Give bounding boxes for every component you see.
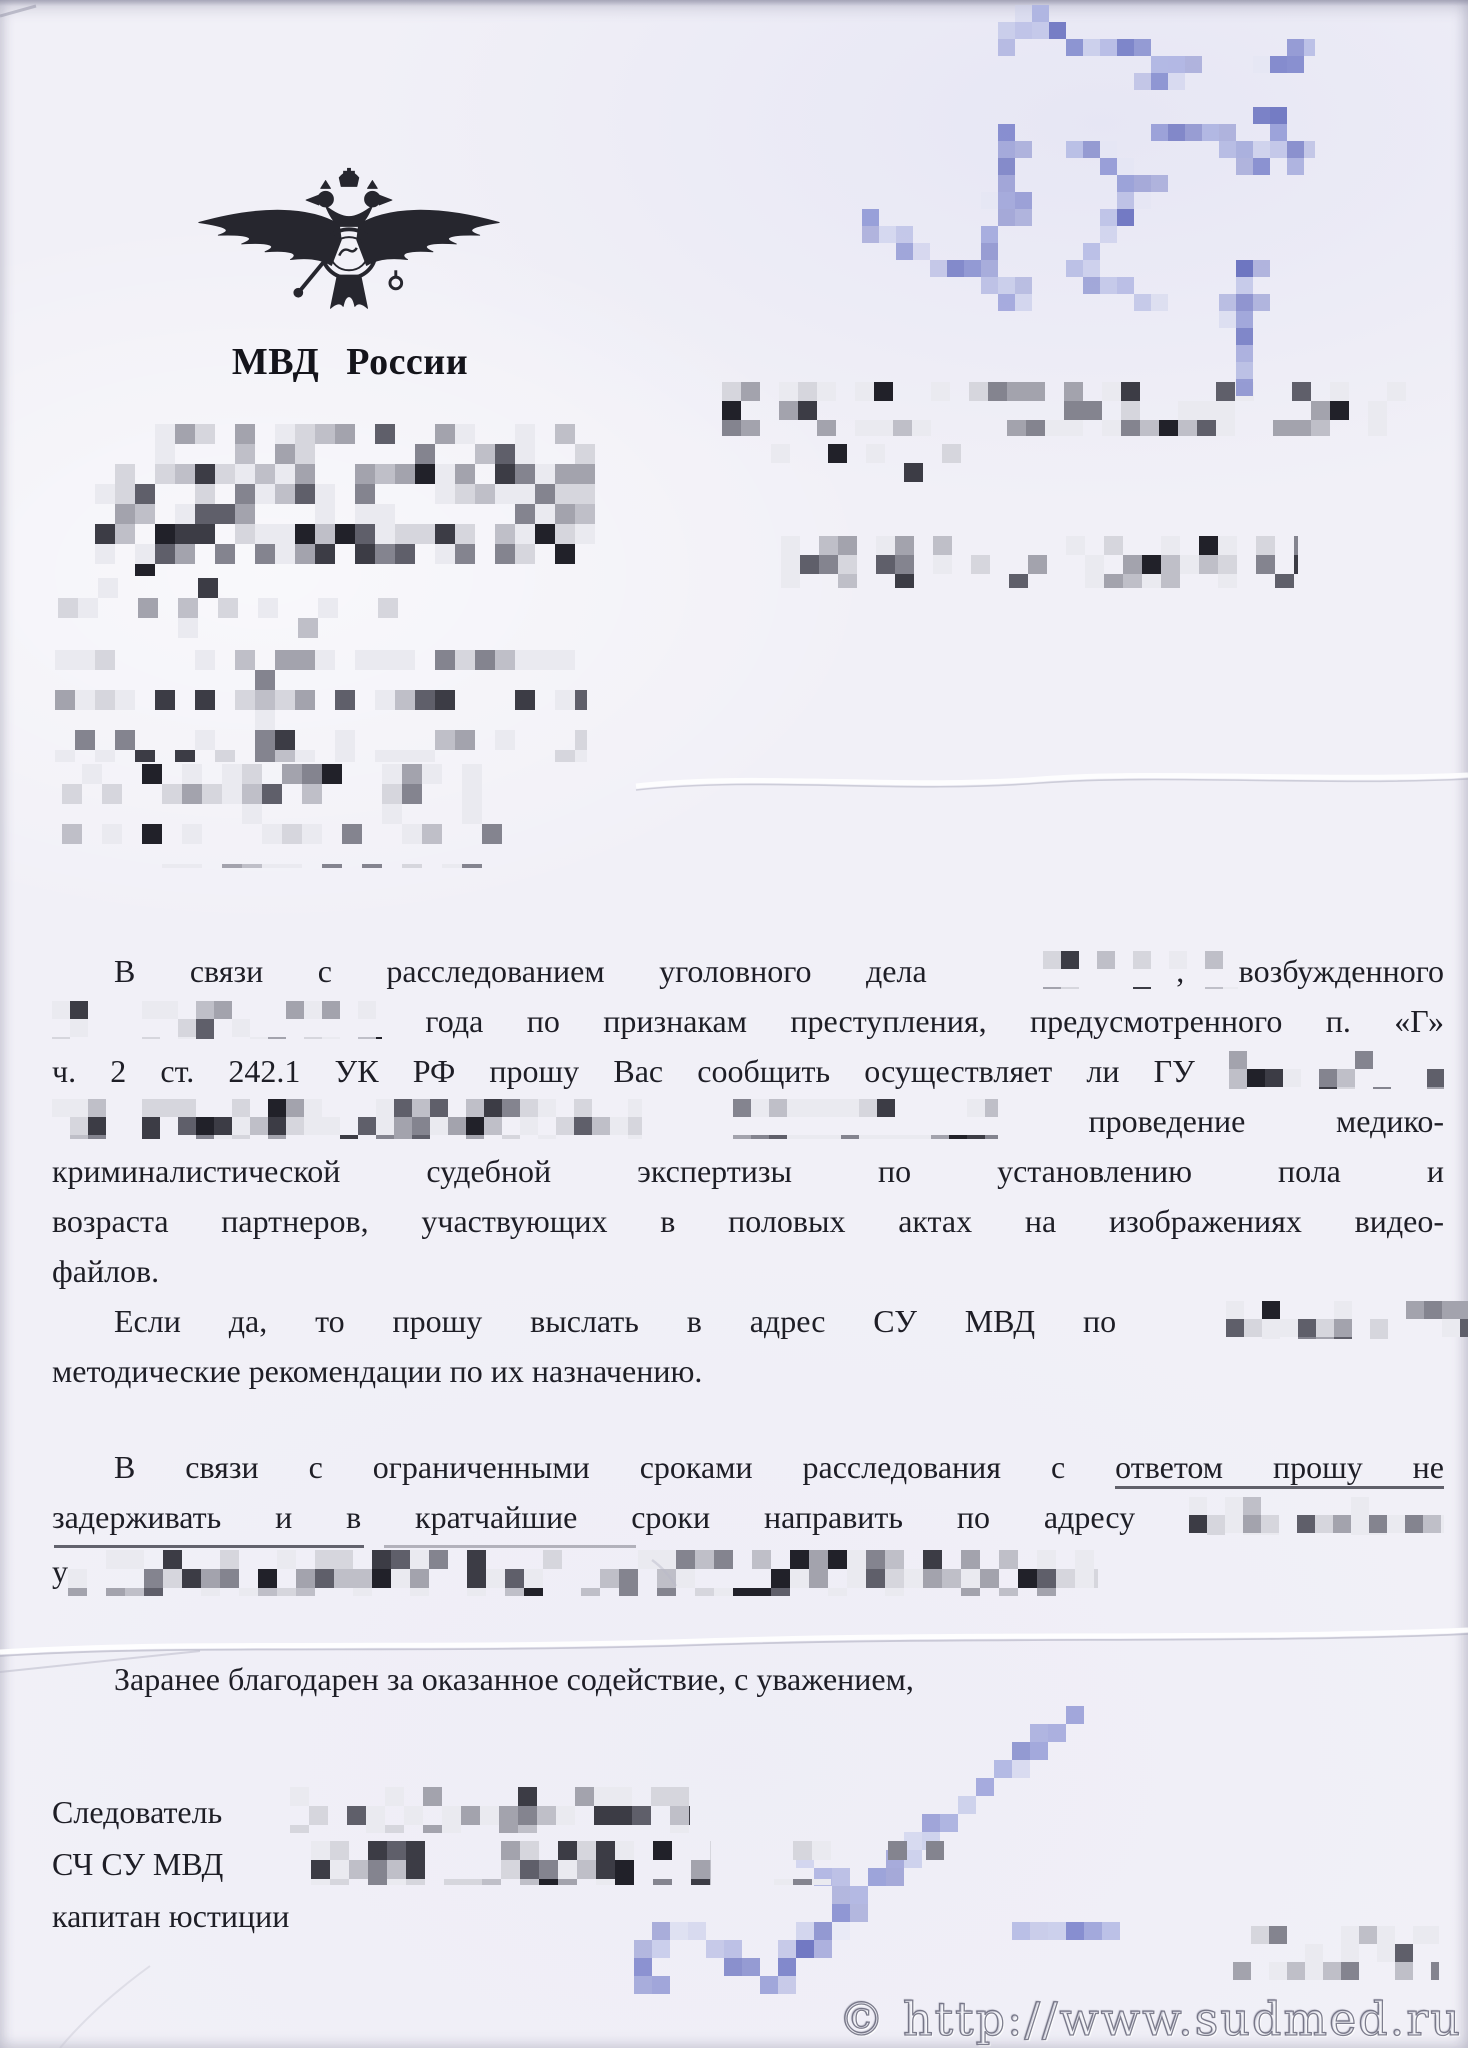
body-line: файлов. [52,1246,1444,1296]
body-text-segment: медико- [1336,1103,1444,1139]
redacted-unit-name [290,1787,690,1833]
body-line: В связи с расследованием уголовного дела… [52,946,1444,996]
body-text-segment: проведение [1089,1103,1246,1139]
body-text-segment: Если да, то прошу выслать в адрес СУ МВД… [114,1303,1116,1339]
signature-line: капитан юстиции [52,1890,944,1942]
body-text-segment: ч. 2 ст. 242.1 УК РФ прошу Вас сообщить … [52,1053,1195,1089]
signer-unit: СЧ СУ МВД [52,1846,223,1882]
redacted-letterhead-address-block [95,424,595,576]
body-text-segment: задерживать и в кратчайшие сроки направи… [52,1499,1135,1535]
redacted-address-line [68,1550,1098,1596]
body-text-segment: возраста партнеров, участвующих в половы… [52,1203,1444,1239]
body-line: ч. 2 ст. 242.1 УК РФ прошу Вас сообщить … [52,1046,1444,1096]
body-text-segment: , возбужденного [1176,953,1444,989]
letterhead-org-name: МВД России [148,340,552,384]
double-headed-eagle-emblem [193,163,505,321]
redacted-recipient-block [62,764,527,868]
redacted-region-name [1164,1301,1444,1339]
letter-body: В связи с расследованием уголовного дела… [52,946,1444,1704]
redacted-signer-name [774,1841,944,1885]
redacted-stamp-mark [1233,1926,1439,1982]
signature-line: СЧ СУ МВД [52,1838,944,1890]
body-line: у [52,1542,1444,1600]
body-line: года по признакам преступления, предусмо… [52,996,1444,1046]
body-line: методические рекомендации по их назначен… [52,1346,1444,1396]
body-text-segment: криминалистической судебной экспертизы п… [52,1153,1444,1189]
redacted-case-date [52,1001,382,1039]
scanned-letter-page: МВД России В связи с расследованием угол… [0,0,1468,2048]
redacted-institution-name [733,1099,998,1139]
body-text-segment: методические рекомендации по их назначен… [52,1353,702,1389]
body-text-segment: В связи с ограниченными сроками расследо… [114,1449,1065,1485]
watermark-url: © http://www.sudmed.ru [838,1992,1462,2046]
redacted-unit-name [311,1841,711,1885]
redacted-recipient-block [55,650,587,762]
body-line: возраста партнеров, участвующих в половы… [52,1196,1444,1246]
redacted-date-line [733,444,975,482]
body-line: Заранее благодарен за оказанное содейств… [52,1654,1444,1704]
redacted-letterhead-address-block [58,578,423,638]
body-line: Если да, то прошу выслать в адрес СУ МВД… [52,1296,1444,1346]
pen-underline-mark [384,1545,636,1548]
signer-rank: капитан юстиции [52,1898,289,1934]
body-line: проведение медико- [52,1096,1444,1146]
redacted-address-start [1189,1497,1444,1535]
body-text-segment: В связи с расследованием уголовного дела [114,953,927,989]
pen-underlined-text: ответом прошу не [1115,1449,1444,1489]
body-text-segment: файлов. [52,1253,159,1289]
body-line: задерживать и в кратчайшие сроки направи… [52,1492,1444,1542]
redacted-institution-name [52,1099,642,1139]
body-line: В связи с ограниченными сроками расследо… [52,1442,1444,1492]
body-text-segment: у [52,1553,68,1589]
pen-underline-mark [54,1545,364,1548]
redacted-handwritten-resolution [845,5,1315,415]
body-text-segment: года по признакам преступления, предусмо… [425,1003,1444,1039]
signature-block: Следователь СЧ СУ МВД капитан юстиции [52,1786,944,1942]
redacted-region-name [1229,1051,1444,1089]
signer-role: Следователь [52,1794,222,1830]
body-line: криминалистической судебной экспертизы п… [52,1146,1444,1196]
redacted-reference-line [762,536,1298,588]
signature-line: Следователь [52,1786,944,1838]
redacted-case-number [981,951,1176,989]
body-text-segment: Заранее благодарен за оказанное содейств… [114,1661,914,1697]
